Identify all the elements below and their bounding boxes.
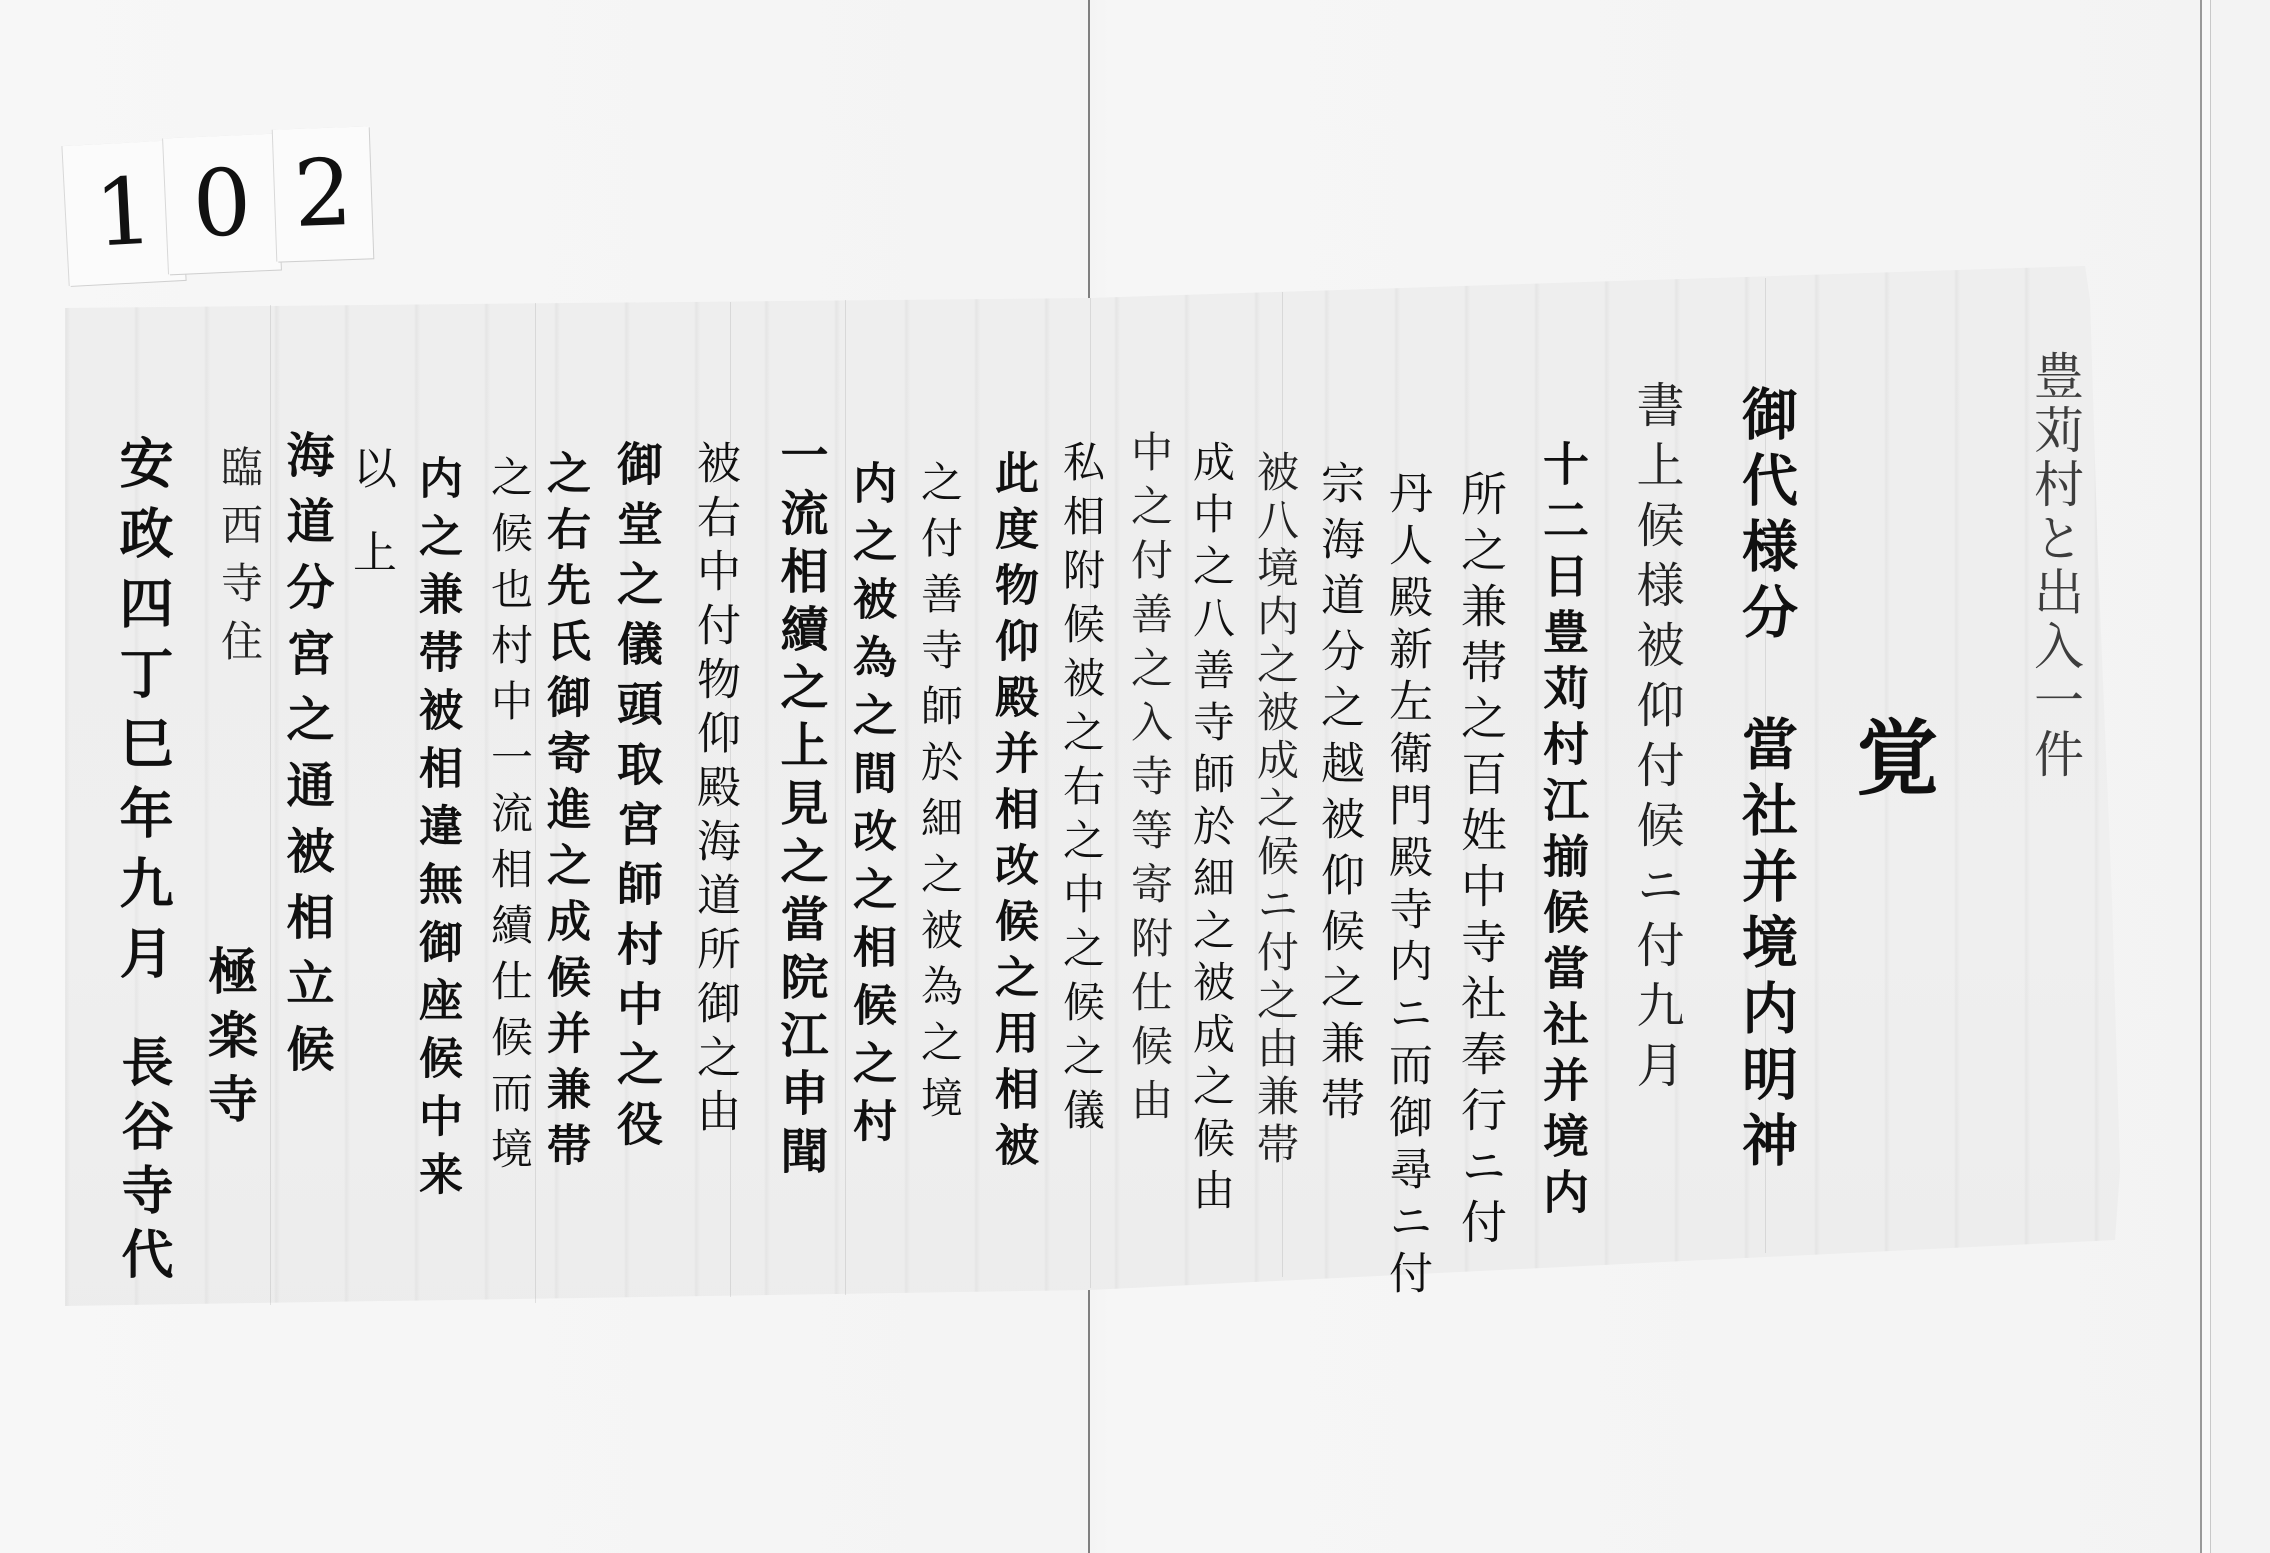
body-column: 被八境内之被成之候ニ付之由兼帯 bbox=[1254, 450, 1296, 1170]
body-column: 書上候様被仰付候ニ付九月 bbox=[1632, 380, 1680, 1100]
paper-fold-line bbox=[270, 305, 271, 1305]
body-column: 宗海道分之越被仰候之兼帯 bbox=[1316, 460, 1360, 1132]
body-column: 被右中付物仰殿海道所御之由 bbox=[692, 440, 736, 1142]
catalog-number-tag-3: 2 bbox=[273, 126, 374, 261]
body-column: 丹人殿新左衛門殿寺内ニ而御尋ニ付 bbox=[1384, 470, 1428, 1302]
body-column: 私相附候被之右之中之候之儀 bbox=[1060, 440, 1102, 1142]
paper-fold-line bbox=[535, 303, 536, 1303]
body-column: 此度物仰殿并相改候之用相被 bbox=[990, 450, 1034, 1178]
body-column: 成中之八善寺師於細之被成之候由 bbox=[1190, 440, 1232, 1220]
catalog-digit: 2 bbox=[292, 147, 354, 241]
body-column: 所之兼帯之百姓中寺社奉行ニ付 bbox=[1458, 470, 1504, 1254]
body-column: 内之兼帯被相違無御座候中来 bbox=[414, 455, 458, 1209]
body-column: 臨西寺住 bbox=[218, 445, 260, 677]
body-column: 中之付善之入寺等寄附仕候由 bbox=[1128, 430, 1170, 1132]
body-column: 以上 bbox=[348, 445, 392, 613]
catalog-digit: 0 bbox=[191, 157, 254, 251]
document-heading: 覚 bbox=[1850, 715, 1932, 799]
endorsement-title: 豊苅村と出入一件 bbox=[2030, 350, 2080, 782]
body-column: 海道分宮之通被相立候 bbox=[282, 430, 330, 1090]
body-column: 之右先氏御寄進之成候并兼帯 bbox=[542, 450, 586, 1178]
body-column: 一流相續之上見之當院江申聞 bbox=[776, 430, 824, 1184]
signatory: 極楽寺 bbox=[204, 945, 254, 1137]
catalog-digit: 1 bbox=[92, 166, 155, 261]
body-column: 之付善寺師於細之被為之境 bbox=[918, 460, 960, 1132]
body-column: 十二日豊苅村江揃候當社并境内 bbox=[1540, 440, 1586, 1224]
body-column: 御代様分 當社并境内明神 bbox=[1738, 385, 1794, 1177]
body-column: 之候也村中一流相續仕候而境 bbox=[488, 455, 530, 1183]
body-column: 御堂之儀頭取宮師村中之役 bbox=[614, 440, 660, 1160]
catalog-number-tag-2: 0 bbox=[163, 134, 281, 275]
body-column: 内之被為之間改之相候之村 bbox=[848, 460, 892, 1156]
board-right-border bbox=[2200, 0, 2211, 1553]
document-date: 安政四丁巳年九月 bbox=[116, 435, 170, 995]
signatory: 長谷寺代 bbox=[116, 1035, 168, 1291]
